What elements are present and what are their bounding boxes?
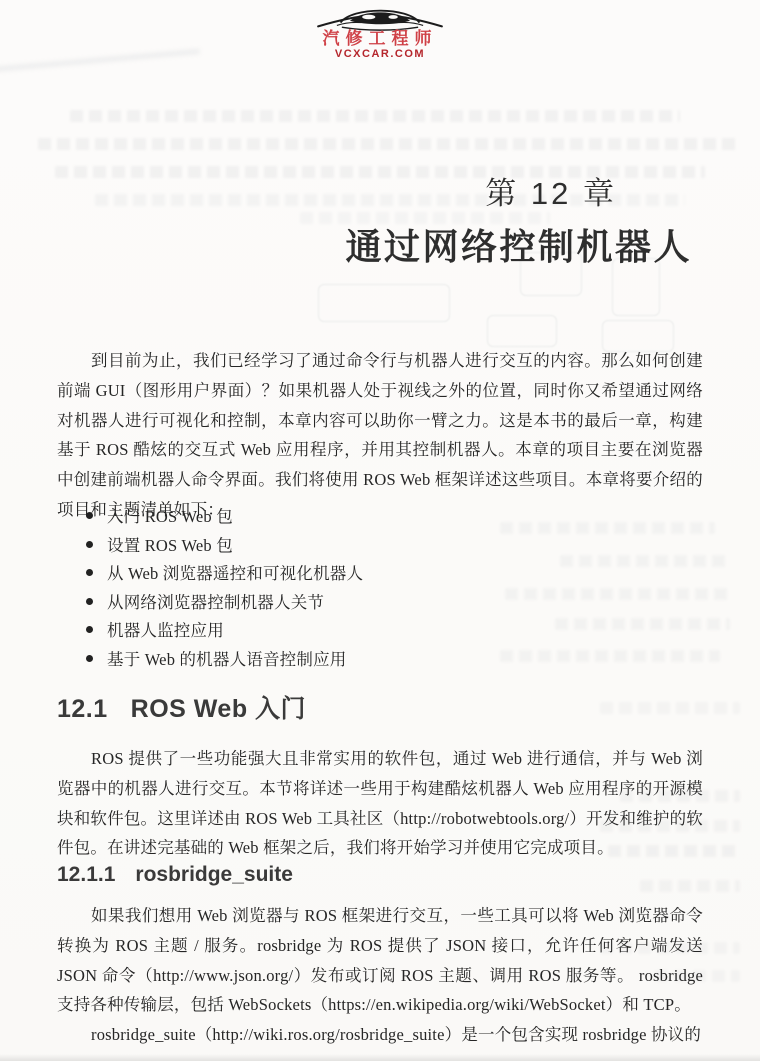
bleedthrough-line [505,588,730,600]
list-item-label: 机器人监控应用 [107,621,224,640]
brand-name: 汽修工程师 [0,30,760,47]
bullet-icon [86,655,93,662]
section-paragraph: ROS 提供了一些功能强大且非常实用的软件包，通过 Web 进行通信，并与 We… [57,744,703,863]
subsection-heading: 12.1.1rosbridge_suite [57,863,293,887]
list-item: 机器人监控应用 [86,617,363,646]
bleedthrough-line [640,880,740,892]
bleedthrough-line [555,618,730,630]
intro-paragraph: 到目前为止，我们已经学习了通过命令行与机器人进行交互的内容。那么如何创建前端 G… [57,346,703,525]
chapter-title: 通过网络控制机器人 [345,219,692,270]
brand-logo: 汽修工程师 VCXCAR.COM [0,2,760,60]
section-number: 12.1 [57,695,108,723]
section-title: ROS Web 入门 [131,695,306,723]
bullet-icon [86,598,93,605]
subsection-number: 12.1.1 [57,863,115,886]
topics-list: 入门 ROS Web 包 设置 ROS Web 包 从 Web 浏览器遥控和可视… [86,503,363,675]
list-item-label: 从网络浏览器控制机器人关节 [107,593,324,612]
bullet-icon [86,541,93,548]
brand-site: VCXCAR.COM [0,49,760,60]
bleedthrough-line [500,650,720,662]
list-item-label: 设置 ROS Web 包 [107,536,233,555]
bleedthrough-line [600,702,740,714]
list-item: 基于 Web 的机器人语音控制应用 [86,646,363,675]
book-page: 汽修工程师 VCXCAR.COM 第 12 章 通过网络控制机器人 到目前为止，… [0,0,760,1061]
list-item-label: 入门 ROS Web 包 [107,507,233,526]
bleedthrough-line [70,110,680,122]
subsection-paragraph: 如果我们想用 Web 浏览器与 ROS 框架进行交互，一些工具可以将 Web 浏… [57,901,703,1020]
bleedthrough-box [487,315,557,347]
bleedthrough-line [560,555,730,567]
subsection-title: rosbridge_suite [135,863,293,886]
brand-car-icon [314,2,446,32]
list-item-label: 从 Web 浏览器遥控和可视化机器人 [107,564,363,583]
list-item: 从网络浏览器控制机器人关节 [86,589,363,618]
subsection-paragraph: rosbridge_suite（http://wiki.ros.org/rosb… [57,1020,703,1050]
bleedthrough-box [318,284,450,322]
list-item: 入门 ROS Web 包 [86,503,363,532]
scan-edge-shadow [0,1054,760,1061]
bleedthrough-line [38,138,738,150]
section-heading: 12.1ROS Web 入门 [57,689,306,725]
bullet-icon [86,512,93,519]
bullet-icon [86,569,93,576]
list-item: 设置 ROS Web 包 [86,532,363,561]
list-item: 从 Web 浏览器遥控和可视化机器人 [86,560,363,589]
list-item-label: 基于 Web 的机器人语音控制应用 [107,650,346,669]
bullet-icon [86,626,93,633]
chapter-number: 第 12 章 [485,168,617,213]
